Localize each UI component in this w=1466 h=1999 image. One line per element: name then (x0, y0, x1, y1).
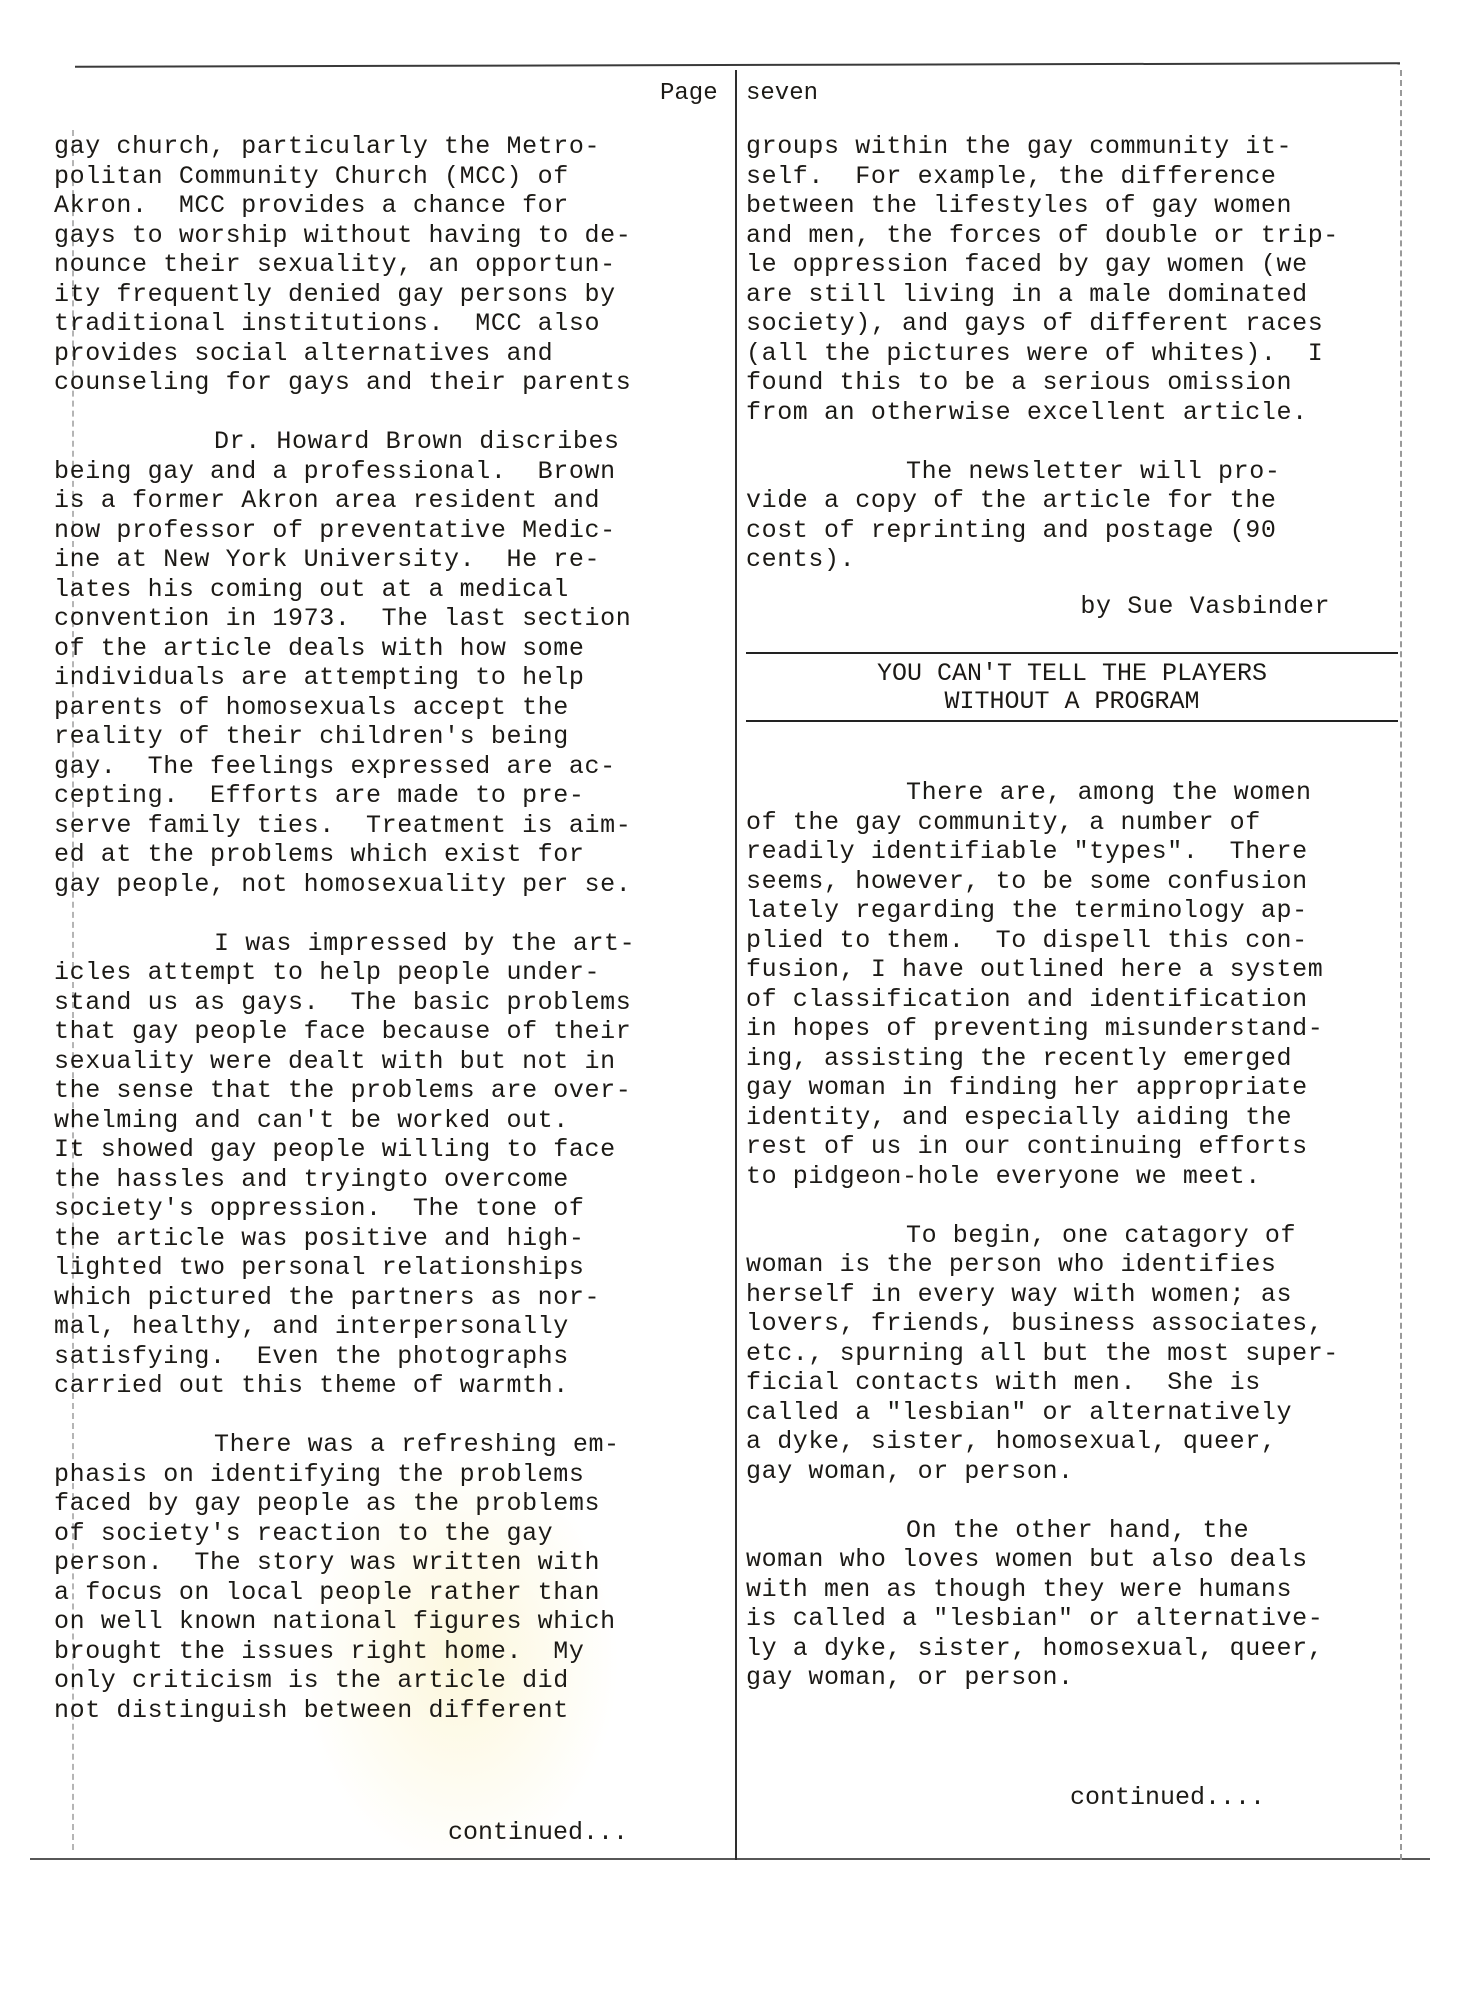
text-line: Akron. MCC provides a chance for (54, 191, 635, 221)
text-line: nounce their sexuality, an opportun- (54, 250, 635, 280)
text-line: ed at the problems which exist for (54, 840, 635, 870)
paragraph: To begin, one catagory ofwoman is the pe… (746, 1221, 1339, 1487)
text-line: lately regarding the terminology ap- (746, 896, 1339, 926)
text-line: gay woman, or person. (746, 1663, 1339, 1693)
text-line: self. For example, the difference (746, 162, 1339, 192)
text-line: person. The story was written with (54, 1548, 635, 1578)
text-line: brought the issues right home. My (54, 1637, 635, 1667)
text-line: parents of homosexuals accept the (54, 693, 635, 723)
text-line: of classification and identification (746, 985, 1339, 1015)
text-line: woman is the person who identifies (746, 1250, 1339, 1280)
text-line: gays to worship without having to de- (54, 221, 635, 251)
headline-rule-bottom (746, 720, 1398, 722)
text-line: ine at New York University. He re- (54, 545, 635, 575)
paragraph: There are, among the womenof the gay com… (746, 778, 1339, 1191)
text-line: icles attempt to help people under- (54, 958, 635, 988)
text-line: in hopes of preventing misunderstand- (746, 1014, 1339, 1044)
text-line: woman who loves women but also deals (746, 1545, 1339, 1575)
text-line: is called a "lesbian" or alternative- (746, 1604, 1339, 1634)
text-line: groups within the gay community it- (746, 132, 1339, 162)
text-line: ing, assisting the recently emerged (746, 1044, 1339, 1074)
continued-note-right: continued.... (1070, 1783, 1265, 1812)
text-line: To begin, one catagory of (746, 1221, 1339, 1251)
paragraph: I was impressed by the art-icles attempt… (54, 929, 635, 1401)
text-line: of the article deals with how some (54, 634, 635, 664)
article-headline: YOU CAN'T TELL THE PLAYERS WITHOUT A PRO… (746, 654, 1398, 720)
text-line: vide a copy of the article for the (746, 486, 1339, 516)
text-line: being gay and a professional. Brown (54, 457, 635, 487)
text-line: between the lifestyles of gay women (746, 191, 1339, 221)
text-line: ity frequently denied gay persons by (54, 280, 635, 310)
text-line: sexuality were dealt with but not in (54, 1047, 635, 1077)
newsletter-page: Page seven gay church, particularly the … (0, 0, 1466, 1999)
text-line: are still living in a male dominated (746, 280, 1339, 310)
paragraph: groups within the gay community it-self.… (746, 132, 1339, 427)
text-line: On the other hand, the (746, 1516, 1339, 1546)
text-line: Dr. Howard Brown discribes (54, 427, 635, 457)
paragraph: On the other hand, thewoman who loves wo… (746, 1516, 1339, 1693)
paragraph: The newsletter will pro-vide a copy of t… (746, 457, 1339, 575)
text-line: politan Community Church (MCC) of (54, 162, 635, 192)
text-line: reality of their children's being (54, 722, 635, 752)
text-line: mal, healthy, and interpersonally (54, 1312, 635, 1342)
text-line: seems, however, to be some confusion (746, 867, 1339, 897)
text-line: the article was positive and high- (54, 1224, 635, 1254)
text-line: fusion, I have outlined here a system (746, 955, 1339, 985)
text-line: stand us as gays. The basic problems (54, 988, 635, 1018)
text-line: from an otherwise excellent article. (746, 398, 1339, 428)
text-line: There was a refreshing em- (54, 1430, 635, 1460)
text-line: a focus on local people rather than (54, 1578, 635, 1608)
text-line: and men, the forces of double or trip- (746, 221, 1339, 251)
text-line: gay. The feelings expressed are ac- (54, 752, 635, 782)
text-line: phasis on identifying the problems (54, 1460, 635, 1490)
text-line: not distinguish between different (54, 1696, 635, 1726)
page-number: seven (746, 80, 818, 107)
text-line: society), and gays of different races (746, 309, 1339, 339)
text-line: on well known national figures which (54, 1607, 635, 1637)
text-line: is a former Akron area resident and (54, 486, 635, 516)
text-line: lates his coming out at a medical (54, 575, 635, 605)
text-line: whelming and can't be worked out. (54, 1106, 635, 1136)
text-line: faced by gay people as the problems (54, 1489, 635, 1519)
text-line: rest of us in our continuing efforts (746, 1132, 1339, 1162)
byline: by Sue Vasbinder (746, 562, 1330, 651)
top-rule (75, 62, 1400, 67)
text-line: with men as though they were humans (746, 1575, 1339, 1605)
text-line: gay church, particularly the Metro- (54, 132, 635, 162)
text-line: plied to them. To dispell this con- (746, 926, 1339, 956)
text-line: convention in 1973. The last section (54, 604, 635, 634)
text-line: There are, among the women (746, 778, 1339, 808)
column-divider (735, 70, 737, 1860)
text-line: of the gay community, a number of (746, 808, 1339, 838)
text-line: called a "lesbian" or alternatively (746, 1398, 1339, 1428)
bottom-rule (30, 1858, 1430, 1860)
text-line: gay woman in finding her appropriate (746, 1073, 1339, 1103)
paragraph: gay church, particularly the Metro-polit… (54, 132, 635, 398)
text-line: cepting. Efforts are made to pre- (54, 781, 635, 811)
text-line: The newsletter will pro- (746, 457, 1339, 487)
paragraph: There was a refreshing em-phasis on iden… (54, 1430, 635, 1725)
continued-note-left: continued... (448, 1818, 628, 1847)
right-column-article: There are, among the womenof the gay com… (746, 778, 1339, 1722)
text-line: found this to be a serious omission (746, 368, 1339, 398)
text-line: I was impressed by the art- (54, 929, 635, 959)
text-line: which pictured the partners as nor- (54, 1283, 635, 1313)
text-line: ly a dyke, sister, homosexual, queer, (746, 1634, 1339, 1664)
right-border (1400, 70, 1403, 1860)
text-line: now professor of preventative Medic- (54, 516, 635, 546)
text-line: society's oppression. The tone of (54, 1194, 635, 1224)
text-line: a dyke, sister, homosexual, queer, (746, 1427, 1339, 1457)
text-line: (all the pictures were of whites). I (746, 339, 1339, 369)
page-label: Page (660, 80, 718, 107)
text-line: lovers, friends, business associates, (746, 1309, 1339, 1339)
text-line: provides social alternatives and (54, 339, 635, 369)
text-line: le oppression faced by gay women (we (746, 250, 1339, 280)
text-line: satisfying. Even the photographs (54, 1342, 635, 1372)
right-column-top: groups within the gay community it-self.… (746, 132, 1339, 604)
text-line: It showed gay people willing to face (54, 1135, 635, 1165)
text-line: herself in every way with women; as (746, 1280, 1339, 1310)
text-line: traditional institutions. MCC also (54, 309, 635, 339)
text-line: lighted two personal relationships (54, 1253, 635, 1283)
text-line: the sense that the problems are over- (54, 1076, 635, 1106)
text-line: to pidgeon-hole everyone we meet. (746, 1162, 1339, 1192)
text-line: ficial contacts with men. She is (746, 1368, 1339, 1398)
text-line: gay people, not homosexuality per se. (54, 870, 635, 900)
text-line: readily identifiable "types". There (746, 837, 1339, 867)
text-line: that gay people face because of their (54, 1017, 635, 1047)
text-line: only criticism is the article did (54, 1666, 635, 1696)
text-line: identity, and especially aiding the (746, 1103, 1339, 1133)
left-column: gay church, particularly the Metro-polit… (54, 132, 635, 1755)
text-line: of society's reaction to the gay (54, 1519, 635, 1549)
text-line: the hassles and tryingto overcome (54, 1165, 635, 1195)
paragraph: Dr. Howard Brown discribesbeing gay and … (54, 427, 635, 899)
text-line: individuals are attempting to help (54, 663, 635, 693)
text-line: gay woman, or person. (746, 1457, 1339, 1487)
text-line: cost of reprinting and postage (90 (746, 516, 1339, 546)
text-line: etc., spurning all but the most super- (746, 1339, 1339, 1369)
text-line: serve family ties. Treatment is aim- (54, 811, 635, 841)
text-line: counseling for gays and their parents (54, 368, 635, 398)
text-line: carried out this theme of warmth. (54, 1371, 635, 1401)
article-headline-box: YOU CAN'T TELL THE PLAYERS WITHOUT A PRO… (746, 652, 1398, 722)
